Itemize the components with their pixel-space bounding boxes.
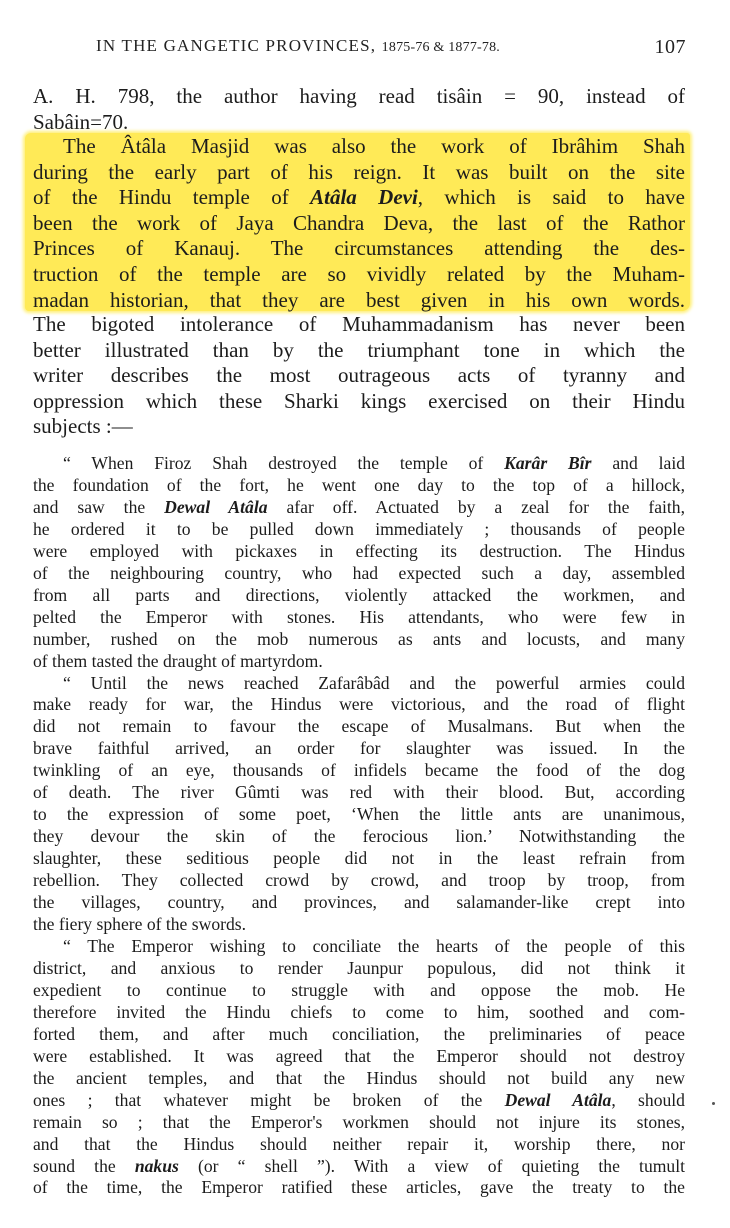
text-line: forted them, and after much conciliation…	[33, 1024, 685, 1046]
text-line: ones ; that whatever might be broken of …	[33, 1090, 685, 1112]
text-line: he ordered it to be pulled down immediat…	[33, 519, 685, 541]
text-line: brave faithful arrived, an order for sla…	[33, 738, 685, 760]
text-line: were established. It was agreed that the…	[33, 1046, 685, 1068]
text-line: make ready for war, the Hindus were vict…	[33, 694, 685, 716]
running-header: IN THE GANGETIC PROVINCES, 1875-76 & 187…	[96, 36, 686, 62]
text-line: district, and anxious to render Jaunpur …	[33, 958, 685, 980]
text-line: and that the Hindus should neither repai…	[33, 1134, 685, 1156]
text-line: writer describes the most outrageous act…	[33, 363, 685, 389]
text-line: they devour the skin of the ferocious li…	[33, 826, 685, 848]
book-page: IN THE GANGETIC PROVINCES, 1875-76 & 187…	[0, 0, 730, 1228]
text-line: of the neighbouring country, who had exp…	[33, 563, 685, 585]
running-head-years: 1875-76 & 1877-78.	[382, 40, 500, 55]
text-line: “ The Emperor wishing to conciliate the …	[33, 936, 685, 958]
italic-term: nakus	[135, 1156, 179, 1176]
text-line: The Âtâla Masjid was also the work of Ib…	[33, 134, 685, 160]
text-line: of the time, the Emperor ratified these …	[33, 1177, 685, 1199]
text-line: sound the nakus (or “ shell ”). With a v…	[33, 1156, 685, 1178]
text-line: the foundation of the fort, he went one …	[33, 475, 685, 497]
text-line: expedient to continue to struggle with a…	[33, 980, 685, 1002]
text-line: The bigoted intolerance of Muhammadanism…	[33, 312, 685, 338]
text-line: therefore invited the Hindu chiefs to co…	[33, 1002, 685, 1024]
italic-term: Karâr Bîr	[504, 453, 591, 473]
text-line: pelted the Emperor with stones. His atte…	[33, 607, 685, 629]
text-line: Princes of Kanauj. The circumstances att…	[33, 236, 685, 262]
text-line: subjects :—	[33, 414, 685, 440]
text-line: of death. The river Gûmti was red with t…	[33, 782, 685, 804]
page-number: 107	[655, 36, 687, 59]
text-line: oppression which these Sharki kings exer…	[33, 389, 685, 415]
text-line: and saw the Dewal Atâla afar off. Actuat…	[33, 497, 685, 519]
running-head-title: IN THE GANGETIC PROVINCES, 1875-76 & 187…	[96, 36, 500, 56]
text-line: of the Hindu temple of Atâla Devi, which…	[33, 185, 685, 211]
text-line: slaughter, these seditious people did no…	[33, 848, 685, 870]
text-line: madan historian, that they are best give…	[33, 288, 685, 314]
text-line: “ When Firoz Shah destroyed the temple o…	[33, 453, 685, 475]
scan-speck	[712, 1102, 715, 1105]
text-line: the ancient temples, and that the Hindus…	[33, 1068, 685, 1090]
text-line: of them tasted the draught of martyrdom.	[33, 651, 685, 673]
italic-term: Atâla Devi	[310, 185, 418, 209]
text-line: twinkling of an eye, thousands of infide…	[33, 760, 685, 782]
italic-term: Dewal Atâla	[505, 1090, 612, 1110]
quote-paragraph-2: “ Until the news reached Zafarâbâd and t…	[33, 673, 685, 936]
paragraph-intolerance: The bigoted intolerance of Muhammadanism…	[33, 312, 685, 440]
text-line: during the early part of his reign. It w…	[33, 160, 685, 186]
text-line: to the expression of some poet, ‘When th…	[33, 804, 685, 826]
text-line: did not remain to favour the escape of M…	[33, 716, 685, 738]
text-line: remain so ; that the Emperor's workmen s…	[33, 1112, 685, 1134]
quote-paragraph-1: “ When Firoz Shah destroyed the temple o…	[33, 453, 685, 673]
text-line: truction of the temple are so vividly re…	[33, 262, 685, 288]
text-line: were employed with pickaxes in effecting…	[33, 541, 685, 563]
text-line: rebellion. They collected crowd by crowd…	[33, 870, 685, 892]
text-line: better illustrated than by the triumphan…	[33, 338, 685, 364]
text-line: number, rushed on the mob numerous as an…	[33, 629, 685, 651]
text-line: A. H. 798, the author having read tisâin…	[33, 84, 685, 110]
text-line: “ Until the news reached Zafarâbâd and t…	[33, 673, 685, 695]
text-line: the villages, country, and provinces, an…	[33, 892, 685, 914]
block-quotation: “ When Firoz Shah destroyed the temple o…	[33, 453, 685, 1199]
paragraph-atala-masjid-highlighted: The Âtâla Masjid was also the work of Ib…	[33, 134, 685, 313]
text-line: from all parts and directions, violently…	[33, 585, 685, 607]
text-line: been the work of Jaya Chandra Deva, the …	[33, 211, 685, 237]
paragraph-footnote-continuation: A. H. 798, the author having read tisâin…	[33, 84, 685, 135]
text-line: Sabâin=70.	[33, 110, 685, 136]
quote-paragraph-3: “ The Emperor wishing to conciliate the …	[33, 936, 685, 1199]
text-line: the fiery sphere of the swords.	[33, 914, 685, 936]
italic-term: Dewal Atâla	[164, 497, 267, 517]
